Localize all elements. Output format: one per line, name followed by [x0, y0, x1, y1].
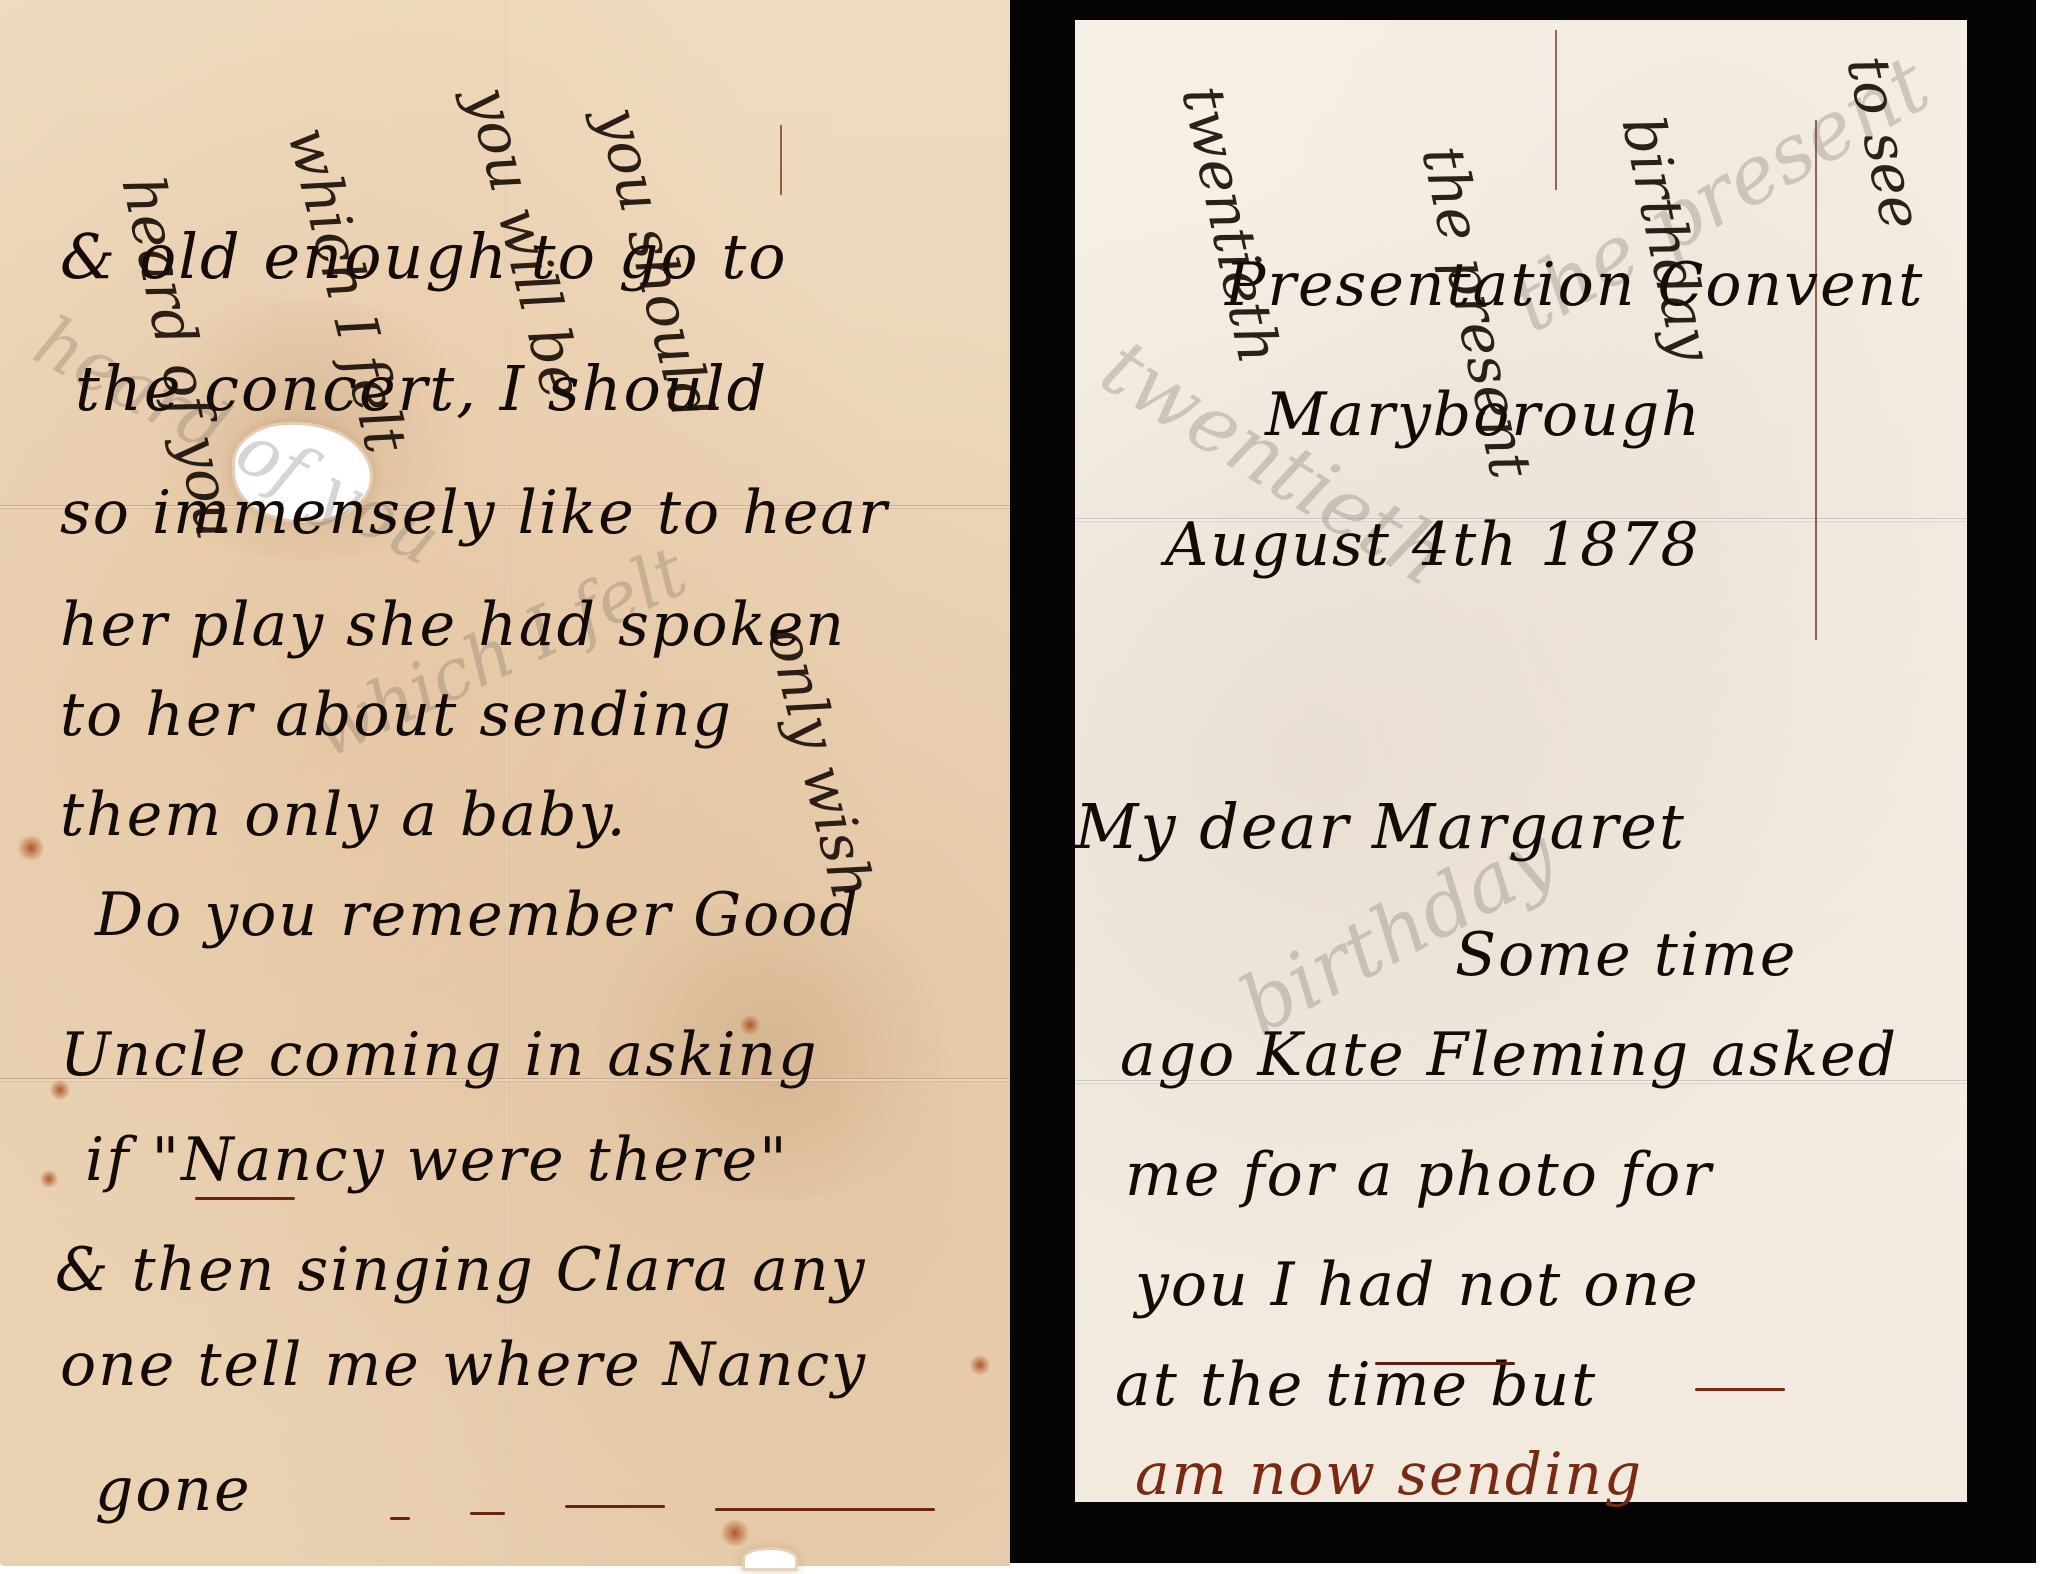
dash-rule — [470, 1512, 505, 1515]
right-letter-page: twentieth the present birthday Presentat… — [1075, 20, 1967, 1502]
underline — [1695, 1388, 1785, 1391]
red-margin-tick — [780, 125, 782, 195]
date-heading: August 4th 1878 — [1165, 510, 1701, 580]
letter-line: at the time but — [1115, 1350, 1597, 1420]
convent-heading: Presentation Convent — [1225, 250, 1924, 320]
rust-spot — [40, 1170, 58, 1188]
left-letter-page: heard of you which I felt & old enough t… — [0, 0, 1010, 1566]
underline — [1375, 1362, 1515, 1365]
crossed-writing: only wish — [754, 620, 887, 906]
crossed-writing: twentieth — [1168, 80, 1293, 369]
letter-line: you I had not one — [1135, 1250, 1700, 1320]
letter-line-brown-ink: am now sending — [1135, 1440, 1643, 1508]
letter-line: her play she had spoken — [60, 590, 846, 660]
letter-line: one tell me where Nancy — [60, 1330, 867, 1400]
letter-line: ago Kate Fleming asked — [1120, 1020, 1898, 1090]
dash-rule — [390, 1517, 410, 1520]
rust-spot — [18, 835, 44, 861]
letter-line: gone — [95, 1455, 252, 1525]
dash-rule — [715, 1508, 935, 1511]
rust-spot — [970, 1355, 990, 1375]
letter-line: me for a photo for — [1125, 1140, 1713, 1210]
letter-line: them only a baby. — [60, 780, 628, 850]
torn-edge — [745, 1550, 795, 1568]
salutation: My dear Margaret — [1075, 790, 1686, 863]
letter-line: to her about sending — [60, 680, 733, 750]
red-margin-tick — [1555, 30, 1557, 190]
letter-line: & then singing Clara any — [55, 1235, 867, 1305]
rust-spot — [720, 1520, 750, 1546]
letter-line: Some time — [1455, 920, 1797, 990]
underline — [195, 1197, 295, 1200]
letter-line: Do you remember Good — [95, 880, 860, 950]
red-margin-line — [1815, 120, 1817, 640]
letter-line: if "Nancy were there" — [85, 1125, 789, 1195]
letter-line: Uncle coming in asking — [60, 1020, 819, 1090]
dash-rule — [565, 1505, 665, 1508]
